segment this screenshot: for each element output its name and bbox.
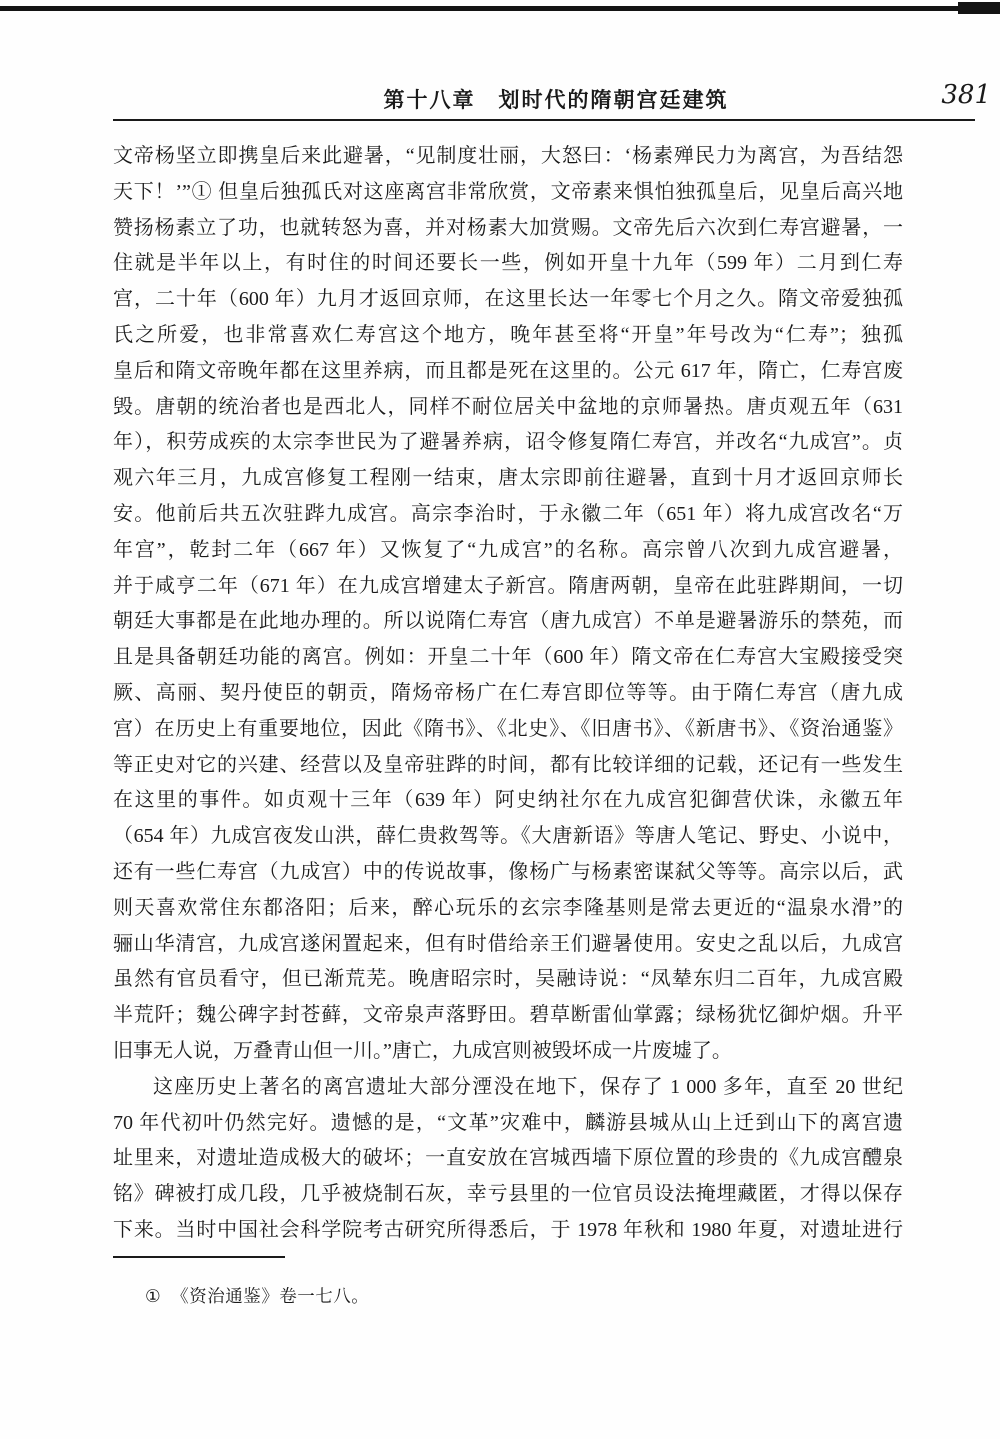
text-line: 赞扬杨素立了功，也就转怒为喜，并对杨素大加赏赐。文帝先后六次到仁寿宫避暑，一: [113, 211, 903, 247]
text-line: 骊山华清宫，九成宫遂闲置起来，但有时借给亲王们避暑使用。安史之乱以后，九成宫: [113, 927, 903, 963]
text-line: 文帝杨坚立即携皇后来此避暑，“见制度壮丽，大怒曰：‘杨素殚民力为离宫，为吾结怨: [113, 139, 903, 175]
text-line: 这座历史上著名的离宫遗址大部分湮没在地下，保存了 1 000 多年，直至 20 …: [113, 1070, 903, 1106]
page-number: 381: [941, 80, 991, 110]
text-line: （654 年）九成宫夜发山洪，薛仁贵救驾等。《大唐新语》等唐人笔记、野史、小说中…: [113, 819, 903, 855]
footnote: ①《资治通鉴》卷一七八。: [145, 1283, 369, 1308]
text-line: 安。他前后共五次驻跸九成宫。高宗李治时，于永徽二年（651 年）将九成宫改名“万: [113, 497, 903, 533]
text-line: 在这里的事件。如贞观十三年（639 年）阿史纳社尔在九成宫犯御营伏诛，永徽五年: [113, 783, 903, 819]
text-line: 等正史对它的兴建、经营以及皇帝驻跸的时间，都有比较详细的记载，还记有一些发生: [113, 748, 903, 784]
text-line: 则天喜欢常住东都洛阳；后来，醉心玩乐的玄宗李隆基则是常去更近的“温泉水滑”的: [113, 891, 903, 927]
text-line: 铭》碑被打成几段，几乎被烧制石灰，幸亏县里的一位官员设法掩埋藏匿，才得以保存: [113, 1177, 903, 1213]
body-text: 文帝杨坚立即携皇后来此避暑，“见制度壮丽，大怒曰：‘杨素殚民力为离宫，为吾结怨天…: [113, 139, 903, 1249]
text-line: 天下！’”① 但皇后独孤氏对这座离宫非常欣赏，文帝素来惧怕独孤皇后，见皇后高兴地: [113, 175, 903, 211]
text-line: 半荒阡；魏公碑字封苍藓，文帝泉声落野田。碧草断雷仙掌露；绿杨犹忆御炉烟。升平: [113, 998, 903, 1034]
text-line: 宫）在历史上有重要地位，因此《隋书》、《北史》、《旧唐书》、《新唐书》、《资治通…: [113, 712, 903, 748]
page-header: 第十八章 划时代的隋朝宫廷建筑 381: [113, 84, 903, 114]
footnote-rule: [113, 1256, 285, 1258]
text-line: 氏之所爱，也非常喜欢仁寿宫这个地方，晚年甚至将“开皇”年号改为“仁寿”；独孤: [113, 318, 903, 354]
text-line: 且是具备朝廷功能的离宫。例如：开皇二十年（600 年）隋文帝在仁寿宫大宝殿接受突: [113, 640, 903, 676]
text-line: 宫，二十年（600 年）九月才返回京师，在这里长达一年零七个月之久。隋文帝爱独孤: [113, 282, 903, 318]
text-line: 观六年三月，九成宫修复工程刚一结束，唐太宗即前往避暑，直到十月才返回京师长: [113, 461, 903, 497]
footnote-marker: ①: [145, 1286, 161, 1306]
text-line: 住就是半年以上，有时住的时间还要长一些，例如开皇十九年（599 年）二月到仁寿: [113, 246, 903, 282]
footnote-text: 《资治通鉴》卷一七八。: [171, 1286, 369, 1306]
text-line: 年宫”，乾封二年（667 年）又恢复了“九成宫”的名称。高宗曾八次到九成宫避暑，: [113, 533, 903, 569]
text-line: 虽然有官员看守，但已渐荒芜。晚唐昭宗时，吴融诗说：“凤辇东归二百年，九成宫殿: [113, 962, 903, 998]
text-line: 厥、高丽、契丹使臣的朝贡，隋炀帝杨广在仁寿宫即位等等。由于隋仁寿宫（唐九成: [113, 676, 903, 712]
text-line: 年），积劳成疾的太宗李世民为了避暑养病，诏令修复隋仁寿宫，并改名“九成宫”。贞: [113, 425, 903, 461]
text-line: 并于咸亨二年（671 年）在九成宫增建太子新宫。隋唐两朝，皇帝在此驻跸期间，一切: [113, 569, 903, 605]
book-page: 第十八章 划时代的隋朝宫廷建筑 381 文帝杨坚立即携皇后来此避暑，“见制度壮丽…: [0, 0, 1000, 1439]
text-line: 旧事无人说，万叠青山但一川。”唐亡，九成宫则被毁坏成一片废墟了。: [113, 1034, 903, 1070]
text-line: 朝廷大事都是在此地办理的。所以说隋仁寿宫（唐九成宫）不单是避暑游乐的禁苑，而: [113, 604, 903, 640]
text-line: 还有一些仁寿宫（九成宫）中的传说故事，像杨广与杨素密谋弑父等等。高宗以后，武: [113, 855, 903, 891]
chapter-title: 第十八章 划时代的隋朝宫廷建筑: [384, 84, 729, 114]
text-line: 址里来，对遗址造成极大的破坏；一直安放在宫城西墙下原位置的珍贵的《九成宫醴泉: [113, 1141, 903, 1177]
text-line: 下来。当时中国社会科学院考古研究所得悉后，于 1978 年秋和 1980 年夏，…: [113, 1213, 903, 1249]
text-line: 毁。唐朝的统治者也是西北人，同样不耐位居关中盆地的京师暑热。唐贞观五年（631: [113, 390, 903, 426]
text-line: 70 年代初叶仍然完好。遗憾的是，“文革”灾难中，麟游县城从山上迁到山下的离宫遗: [113, 1106, 903, 1142]
scan-edge-artifact: [0, 6, 1000, 11]
header-rule: [113, 119, 975, 121]
text-line: 皇后和隋文帝晚年都在这里养病，而且都是死在这里的。公元 617 年，隋亡，仁寿宫…: [113, 354, 903, 390]
